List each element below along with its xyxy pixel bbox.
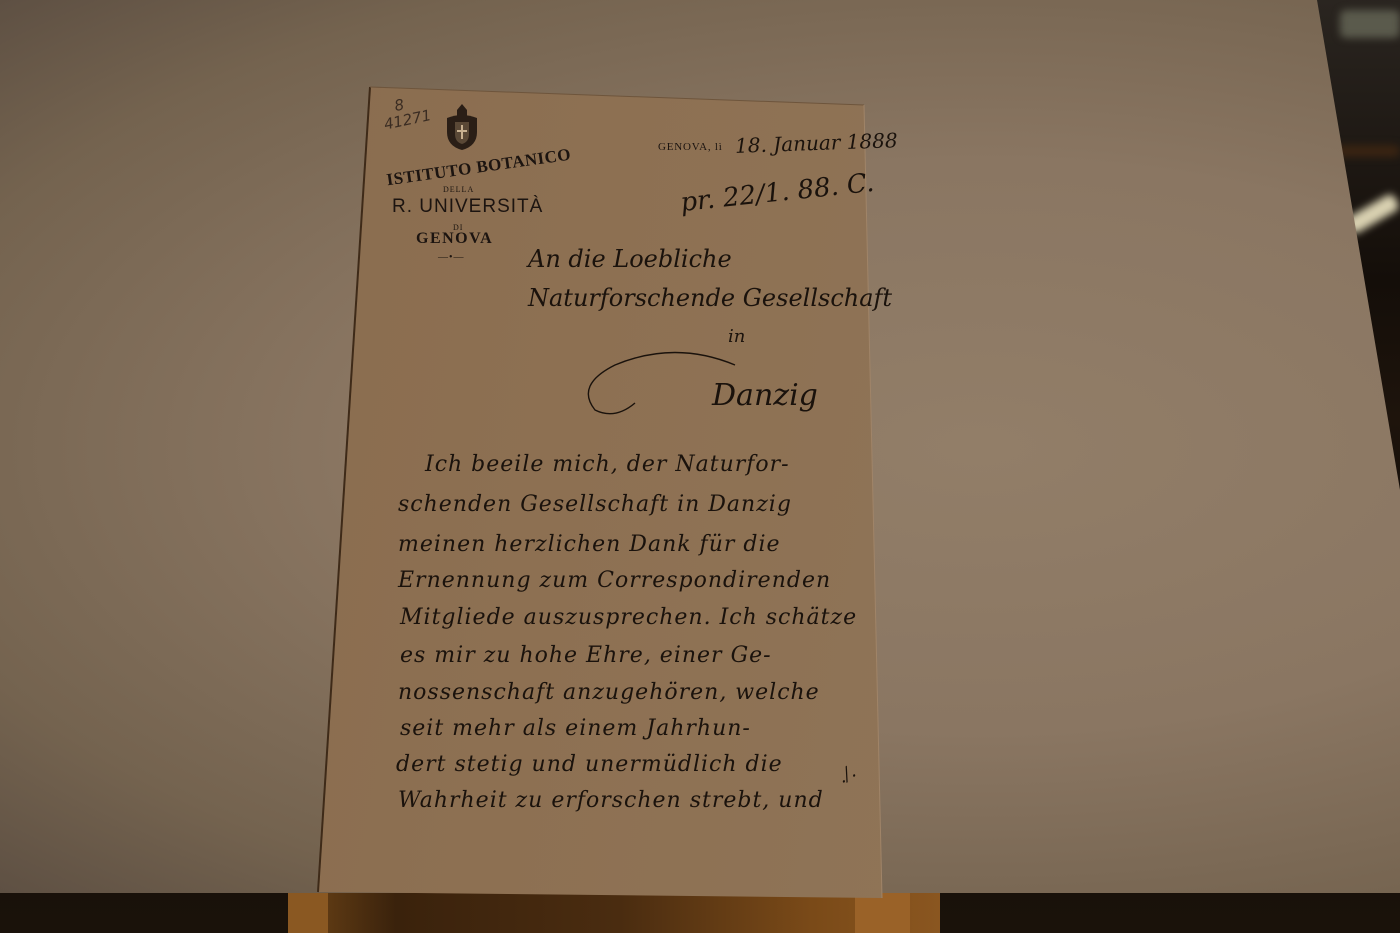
letterhead-city: GENOVA <box>416 230 493 248</box>
body-line: Ich beeile mich, der Naturfor- <box>425 452 790 477</box>
body-line: meinen herzlichen Dank für die <box>398 532 781 557</box>
body-line: Mitgliede auszusprechen. Ich schätze <box>400 605 857 630</box>
letterhead-ornament: —•— <box>438 252 465 263</box>
body-line: es mir zu hohe Ehre, einer Ge- <box>400 643 772 668</box>
dateline-place: GENOVA, lì <box>658 141 723 153</box>
body-line: Wahrheit zu erforschen strebt, und <box>398 788 824 813</box>
photo-scene: 8 41271 ISTITUTO BOTANICO DELLA R. UNIVE… <box>0 0 1400 933</box>
letterhead-della: DELLA <box>443 185 474 194</box>
easel-left-post <box>288 893 328 933</box>
address-line-3: in <box>728 326 745 347</box>
body-line: Ernennung zum Correspondirenden <box>398 568 831 593</box>
royal-coat-of-arms-icon <box>443 104 481 152</box>
body-line: nossenschaft anzugehören, welche <box>398 680 820 705</box>
address-line-2: Naturforschende Gesellschaft <box>528 284 892 312</box>
address-line-1: An die Loebliche <box>528 245 732 273</box>
ceiling-light <box>1340 10 1400 38</box>
shelf-edge <box>1335 145 1400 157</box>
body-line: dert stetig und unermüdlich die <box>396 752 783 777</box>
body-line: schenden Gesellschaft in Danzig <box>398 492 792 517</box>
letterhead-university: R. UNIVERSITÀ <box>392 196 543 218</box>
address-line-4: Danzig <box>712 378 818 413</box>
wooden-easel <box>300 893 940 933</box>
body-line: seit mehr als einem Jahrhun- <box>400 716 751 741</box>
easel-right-post <box>855 893 910 933</box>
